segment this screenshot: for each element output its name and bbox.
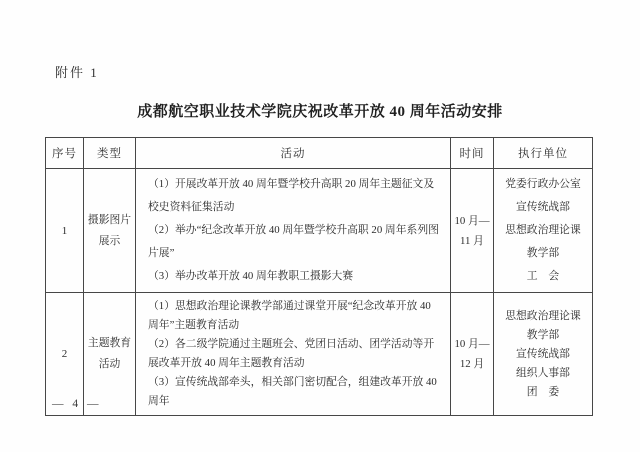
activities-table: 序号 类型 活动 时间 执行单位 1 摄影图片 展示 （1）开展改革开放 40 … [45,137,593,416]
header-unit: 执行单位 [494,138,593,169]
unit-cell: 党委行政办公室 宣传统战部 思想政治理论课 教学部 工 会 [494,169,593,293]
activity-cell: （1）思想政治理论课教学部通过课堂开展“纪念改革开放 40 周年”主题教育活动 … [136,293,451,416]
time-cell: 10 月— 12 月 [451,293,494,416]
activity-item: （2）各二级学院通过主题班会、党团日活动、团学活动等开展改革开放 40 周年主题… [148,335,444,373]
header-type: 类型 [84,138,136,169]
header-activity: 活动 [136,138,451,169]
table-row: 2 主题教育 活动 （1）思想政治理论课教学部通过课堂开展“纪念改革开放 40 … [46,293,593,416]
header-serial: 序号 [46,138,84,169]
unit-cell: 思想政治理论课 教学部 宣传统战部 组织人事部 团 委 [494,293,593,416]
activity-item: （3）举办改革开放 40 周年教职工摄影大赛 [148,265,444,288]
header-time: 时间 [451,138,494,169]
time-cell: 10 月— 11 月 [451,169,494,293]
activity-item: （2）举办“纪念改革开放 40 周年暨学校升高职 20 周年系列图片展” [148,219,444,265]
activity-item: （1）思想政治理论课教学部通过课堂开展“纪念改革开放 40 周年”主题教育活动 [148,297,444,335]
type-cell: 摄影图片 展示 [84,169,136,293]
activity-cell: （1）开展改革开放 40 周年暨学校升高职 20 周年主题征文及校史资料征集活动… [136,169,451,293]
document-title: 成都航空职业技术学院庆祝改革开放 40 周年活动安排 [0,100,640,121]
table-header-row: 序号 类型 活动 时间 执行单位 [46,138,593,169]
attachment-label: 附件 1 [55,62,99,81]
table-row: 1 摄影图片 展示 （1）开展改革开放 40 周年暨学校升高职 20 周年主题征… [46,169,593,293]
page-number: — 4 — [52,398,102,410]
activity-item: （3）宣传统战部牵头，相关部门密切配合，组建改革开放 40 周年 [148,373,444,411]
document-page: 附件 1 成都航空职业技术学院庆祝改革开放 40 周年活动安排 序号 类型 活动… [0,0,640,452]
activity-item: （1）开展改革开放 40 周年暨学校升高职 20 周年主题征文及校史资料征集活动 [148,173,444,219]
serial-cell: 1 [46,169,84,293]
